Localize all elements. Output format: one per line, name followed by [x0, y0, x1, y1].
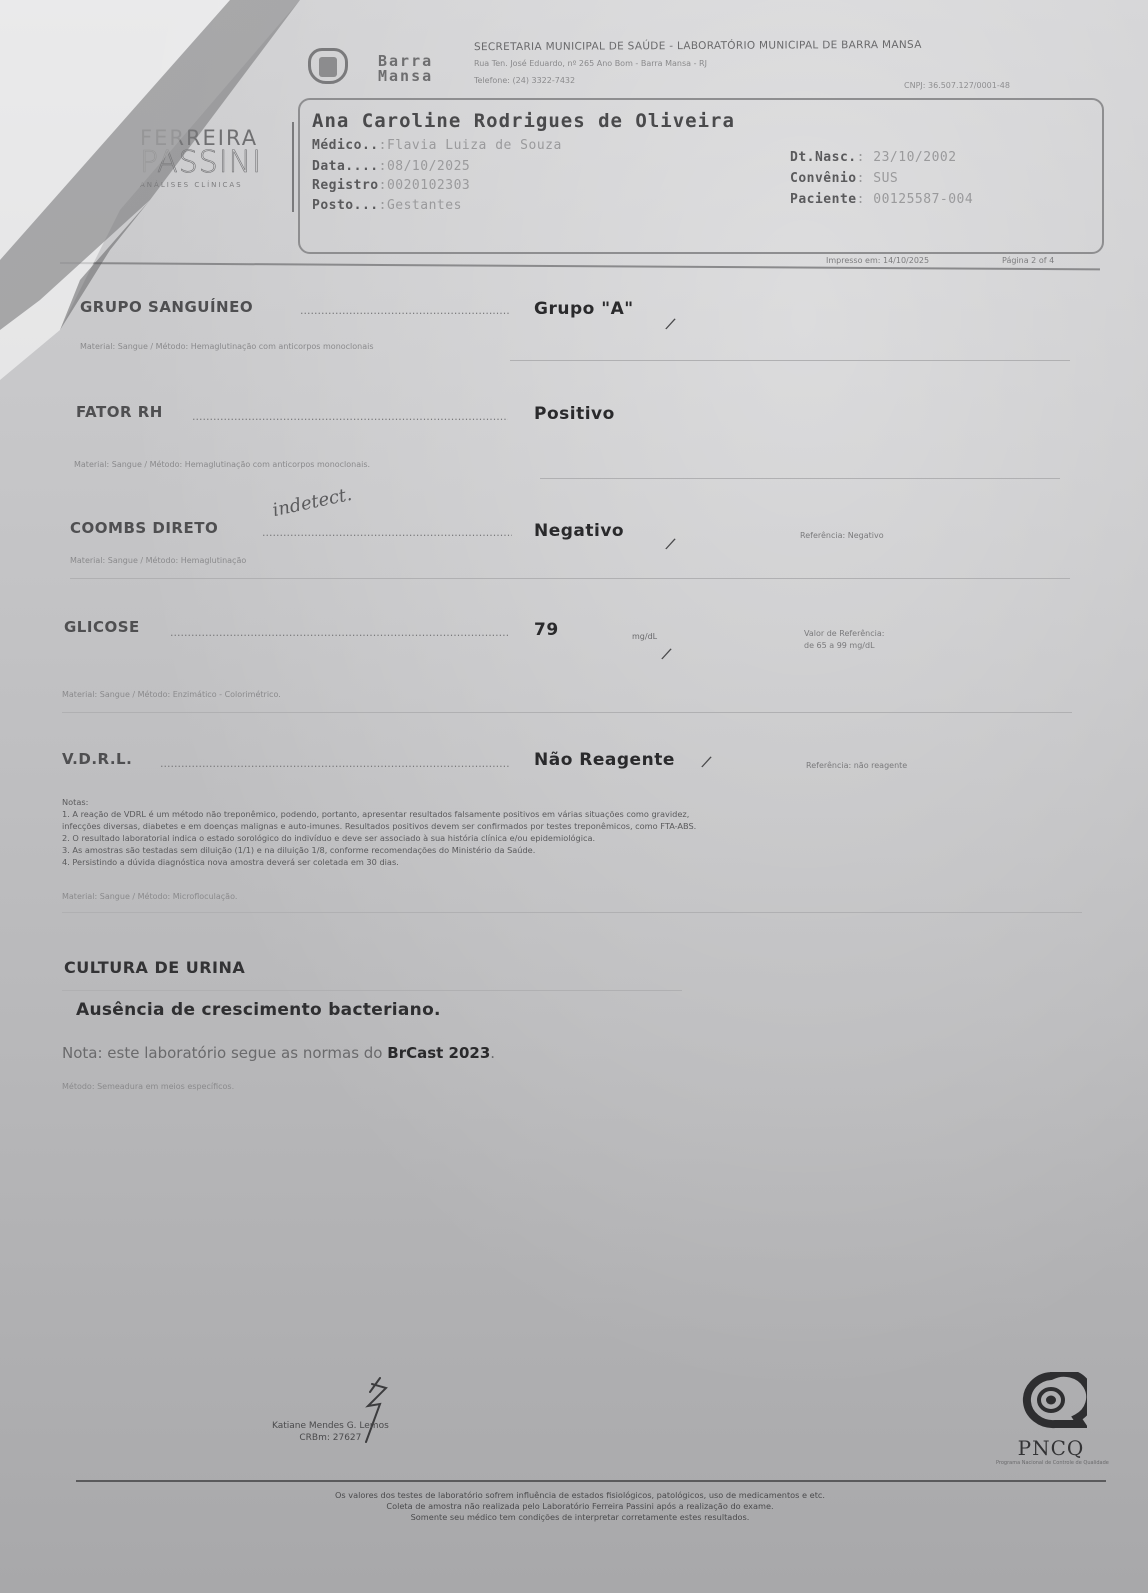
leader-dots: ........................................… — [170, 626, 510, 639]
exam-reference: Referência: Negativo — [800, 530, 884, 542]
exam-result-glucose: 79 — [534, 620, 559, 640]
lab-phone: Telefone: (24) 3322-7432 — [474, 76, 575, 85]
field-value: : 23/10/2002 — [857, 150, 957, 165]
exam-result-rh-factor: Positivo — [534, 404, 615, 424]
urine-culture-result: Ausência de crescimento bacteriano. — [76, 1000, 441, 1020]
footer-line: Somente seu médico tem condições de inte… — [210, 1512, 950, 1523]
exam-result-coombs: Negativo — [534, 521, 624, 541]
field-value: :Flavia Luiza de Souza — [379, 138, 562, 153]
row-divider — [70, 578, 1070, 579]
urine-culture-title: CULTURA DE URINA — [64, 958, 245, 977]
city-name-line2: Mansa — [378, 69, 433, 84]
field-posto: Posto...:Gestantes — [312, 198, 462, 213]
field-value: : 00125587-004 — [857, 192, 974, 207]
lab-title: SECRETARIA MUNICIPAL DE SAÚDE - LABORATÓ… — [474, 39, 922, 53]
exam-label-glucose: GLICOSE — [64, 618, 140, 636]
notes-title: Notas: — [62, 796, 696, 808]
signer-name: Katiane Mendes G. Lemos — [272, 1420, 389, 1432]
reference-label: Valor de Referência: — [804, 628, 884, 640]
page-number: Página 2 of 4 — [1002, 256, 1054, 265]
exam-reference: Valor de Referência: de 65 a 99 mg/dL — [804, 628, 884, 652]
note-end: . — [490, 1044, 495, 1062]
field-value: :08/10/2025 — [379, 159, 471, 174]
pncq-name: PNCQ — [996, 1436, 1106, 1460]
lab-brand-logo: FERREIRA PASSINI ANÁLISES CLÍNICAS — [140, 128, 300, 189]
exam-label-blood-group: GRUPO SANGUÍNEO — [80, 298, 253, 316]
leader-dots: ........................................… — [262, 526, 512, 539]
row-divider — [510, 360, 1070, 361]
brand-line3: ANÁLISES CLÍNICAS — [140, 181, 300, 189]
field-label: Registro — [312, 178, 379, 193]
field-label: Posto... — [312, 198, 379, 213]
exam-label-coombs: COOMBS DIRETO — [70, 519, 218, 537]
lab-address: Rua Ten. José Eduardo, nº 265 Ano Bom - … — [474, 59, 707, 68]
field-value: :Gestantes — [379, 198, 462, 213]
signer-block: Katiane Mendes G. Lemos CRBm: 27627 — [272, 1420, 389, 1444]
exam-reference: Referência: não reagente — [806, 760, 907, 772]
exam-method: Material: Sangue / Método: Microfloculaç… — [62, 892, 237, 901]
exam-method: Material: Sangue / Método: Hemaglutinaçã… — [74, 460, 370, 469]
exam-result-vdrl: Não Reagente — [534, 750, 675, 770]
field-label: Paciente — [790, 192, 857, 207]
note-line: 2. O resultado laboratorial indica o est… — [62, 832, 696, 844]
row-divider — [62, 712, 1072, 713]
field-label: Data.... — [312, 159, 379, 174]
field-value: :0020102303 — [379, 178, 471, 193]
exam-method: Material: Sangue / Método: Enzimático - … — [62, 690, 281, 699]
note-line: 4. Persistindo a dúvida diagnóstica nova… — [62, 856, 696, 868]
printed-value: 14/10/2025 — [883, 256, 929, 265]
footer-divider — [76, 1480, 1106, 1482]
signer-registry: CRBm: 27627 — [272, 1432, 389, 1444]
reference-range: de 65 a 99 mg/dL — [804, 640, 884, 652]
leader-dots: ........................................… — [160, 757, 510, 770]
field-birth-date: Dt.Nasc.: 23/10/2002 — [790, 150, 957, 165]
field-convenio: Convênio: SUS — [790, 171, 898, 186]
exam-result-blood-group: Grupo "A" — [534, 299, 634, 319]
pncq-subtitle: Programa Nacional de Controle de Qualida… — [996, 1460, 1106, 1466]
exam-unit: mg/dL — [632, 632, 657, 641]
note-line: 3. As amostras são testadas sem diluição… — [62, 844, 696, 856]
printed-date: Impresso em: 14/10/2025 — [826, 256, 929, 265]
row-divider — [62, 912, 1082, 913]
note-line: infecções diversas, diabetes e em doença… — [62, 820, 696, 832]
leader-dots: ........................................… — [300, 304, 510, 317]
footer-disclaimer: Os valores dos testes de laboratório sof… — [210, 1490, 950, 1523]
city-name: Barra Mansa — [378, 54, 433, 84]
brand-line2: PASSINI — [140, 149, 300, 177]
city-crest-logo — [308, 46, 370, 86]
field-label: Dt.Nasc. — [790, 150, 857, 165]
footer-line: Coleta de amostra não realizada pelo Lab… — [210, 1501, 950, 1512]
exam-label-vdrl: V.D.R.L. — [62, 750, 132, 768]
lab-cnpj: CNPJ: 36.507.127/0001-48 — [904, 81, 1010, 90]
field-patient-id: Paciente: 00125587-004 — [790, 192, 973, 207]
printed-label: Impresso em: — [826, 256, 880, 265]
field-value: : SUS — [857, 171, 899, 186]
pncq-logo-icon — [1015, 1372, 1087, 1430]
exam-label-rh-factor: FATOR RH — [76, 403, 163, 421]
footer-line: Os valores dos testes de laboratório sof… — [210, 1490, 950, 1501]
note-line: 1. A reação de VDRL é um método não trep… — [62, 808, 696, 820]
leader-dots: ........................................… — [192, 410, 508, 423]
field-medico: Médico..:Flavia Luiza de Souza — [312, 138, 562, 153]
note-standard: BrCast 2023 — [387, 1044, 490, 1062]
field-label: Médico.. — [312, 138, 379, 153]
pncq-seal: PNCQ Programa Nacional de Controle de Qu… — [996, 1372, 1106, 1466]
note-text: Nota: este laboratório segue as normas d… — [62, 1044, 387, 1062]
vdrl-notes: Notas: 1. A reação de VDRL é um método n… — [62, 796, 696, 868]
brand-divider — [292, 122, 294, 212]
urine-culture-note: Nota: este laboratório segue as normas d… — [62, 1044, 495, 1062]
field-data: Data....:08/10/2025 — [312, 159, 470, 174]
field-registro: Registro:0020102303 — [312, 178, 470, 193]
row-divider — [540, 478, 1060, 479]
patient-name: Ana Caroline Rodrigues de Oliveira — [312, 110, 735, 132]
exam-method: Material: Sangue / Método: Hemaglutinaçã… — [70, 556, 246, 565]
exam-method: Material: Sangue / Método: Hemaglutinaçã… — [80, 342, 374, 351]
urine-culture-method: Método: Semeadura em meios específicos. — [62, 1082, 234, 1091]
row-divider — [62, 990, 682, 991]
field-label: Convênio — [790, 171, 857, 186]
